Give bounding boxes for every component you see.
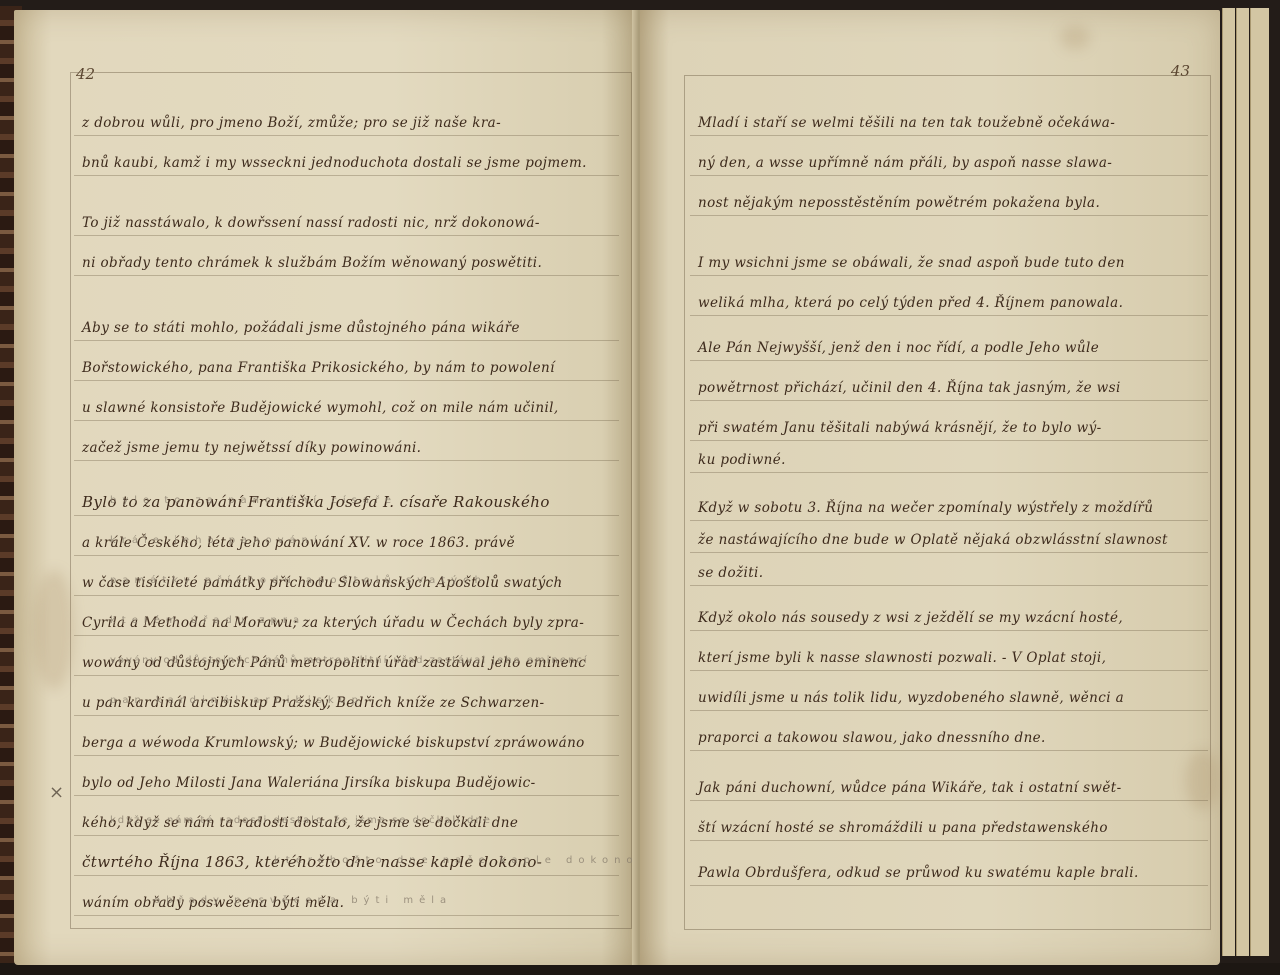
text-line: powětrnost přichází, učinil den 4. Října…: [690, 360, 1208, 401]
text-line: weliká mlha, která po celý týden před 4.…: [690, 275, 1208, 316]
text-line: ni obřady tento chrámek k službám Božím …: [74, 235, 619, 276]
text-line: kého, když se nám ta radosti dostalo, že…: [74, 795, 619, 836]
text-line: Jak páni duchowní, wůdce pána Wikáře, ta…: [690, 760, 1208, 801]
text-line: u pan kardinál arcibiskup Pražský, Bedři…: [74, 675, 619, 716]
text-line: Mladí i staří se welmi těšili na ten tak…: [690, 95, 1208, 136]
text-line: To již nasstáwalo, k dowřssení nassí rad…: [74, 195, 619, 236]
text-line: Bořstowického, pana Františka Prikosické…: [74, 340, 619, 381]
text-line: Bylo to za panowání Františka Josefa I. …: [74, 475, 619, 516]
text-line: praporci a takowou slawou, jako dnessníh…: [690, 710, 1208, 751]
pencil-gloss: obřady posvěcena býti měla: [154, 895, 452, 906]
text-line: Když okolo nás sousedy z wsi z ježdělí s…: [690, 590, 1208, 631]
text-line: Pawla Obrdušfera, odkud se průwod ku swa…: [690, 845, 1208, 886]
text-line: z dobrou wůli, pro jmeno Boží, zmůže; pr…: [74, 95, 619, 136]
left-page: 42 × z dobrou wůli, pro jmeno Boží, zmůž…: [14, 10, 639, 965]
text-line: berga a wéwoda Krumlowský; w Budějowické…: [74, 715, 619, 756]
page-stack-edge: [1250, 8, 1269, 956]
text-line: čtwrtého Října 1863, kteréhožto dne nass…: [74, 835, 619, 876]
pencil-gloss: pan kardinál arcibiskup: [110, 695, 364, 706]
pencil-gloss: bylo to za panování císaře: [110, 495, 397, 506]
text-line: wáním obřady poswěcena býti měla. obřady…: [74, 875, 619, 916]
text-line: bylo od Jeho Milosti Jana Waleriána Jirs…: [74, 755, 619, 796]
paper-stain: [1060, 25, 1090, 50]
text-line: Cyrila a Methoda na Morawu; za kterých ú…: [74, 595, 619, 636]
text-line: bnů kaubi, kamž i my wsseckni jednoducho…: [74, 135, 619, 176]
text-line: wowány od důstojných Pánů metropolitní ú…: [74, 635, 619, 676]
text-line: w čase tisícileté památky příchodu Slowa…: [74, 555, 619, 596]
text-line: u slawné konsistoře Budějowické wymohl, …: [74, 380, 619, 421]
text-line: začež jsme jemu ty nejwětssí díky powino…: [74, 420, 619, 461]
paper-stain: [34, 570, 74, 690]
pencil-gloss: když se nám té radosti dostalo, že jsme …: [110, 815, 492, 826]
right-page: 43 Mladí i staří se welmi těšili na ten …: [640, 10, 1220, 965]
page-stack-edge: [1236, 8, 1249, 956]
text-line: Ale Pán Nejwyšší, jenž den i noc řídí, a…: [690, 320, 1208, 361]
text-line: se dožiti.: [690, 545, 1208, 586]
text-line: uwidíli jsme u nás tolik lidu, wyzdobené…: [690, 670, 1208, 711]
page-stack-edge: [1222, 8, 1235, 956]
text-line: a krále Českého, léta jeho panowání XV. …: [74, 515, 619, 556]
text-line: Aby se to státi mohlo, požádali jsme důs…: [74, 300, 619, 341]
pencil-gloss: vovány od důstojných pánů metropolitní ú…: [110, 655, 589, 666]
pencil-gloss: kterém úřadu zpra-: [110, 615, 315, 626]
pencil-gloss: krále jeho panování: [110, 535, 323, 546]
text-line: ští wzácní hosté se shromáždili u pana p…: [690, 800, 1208, 841]
text-line: ný den, a wsse upřímně nám přáli, by asp…: [690, 135, 1208, 176]
text-line: I my wsichni jsme se obáwali, že snad as…: [690, 235, 1208, 276]
text-line: nost nějakým neposstěstěním powětrém pok…: [690, 175, 1208, 216]
pencil-gloss: kteréhožto dne naše kaple dokonování: [274, 855, 684, 866]
text-line: kterí jsme byli k nasse slawnosti pozwal…: [690, 630, 1208, 671]
text-line: ku podiwné.: [690, 432, 1208, 473]
pencil-gloss: památky příchodu apoštolů svatých: [110, 575, 487, 586]
margin-cross-mark: ×: [49, 782, 64, 803]
